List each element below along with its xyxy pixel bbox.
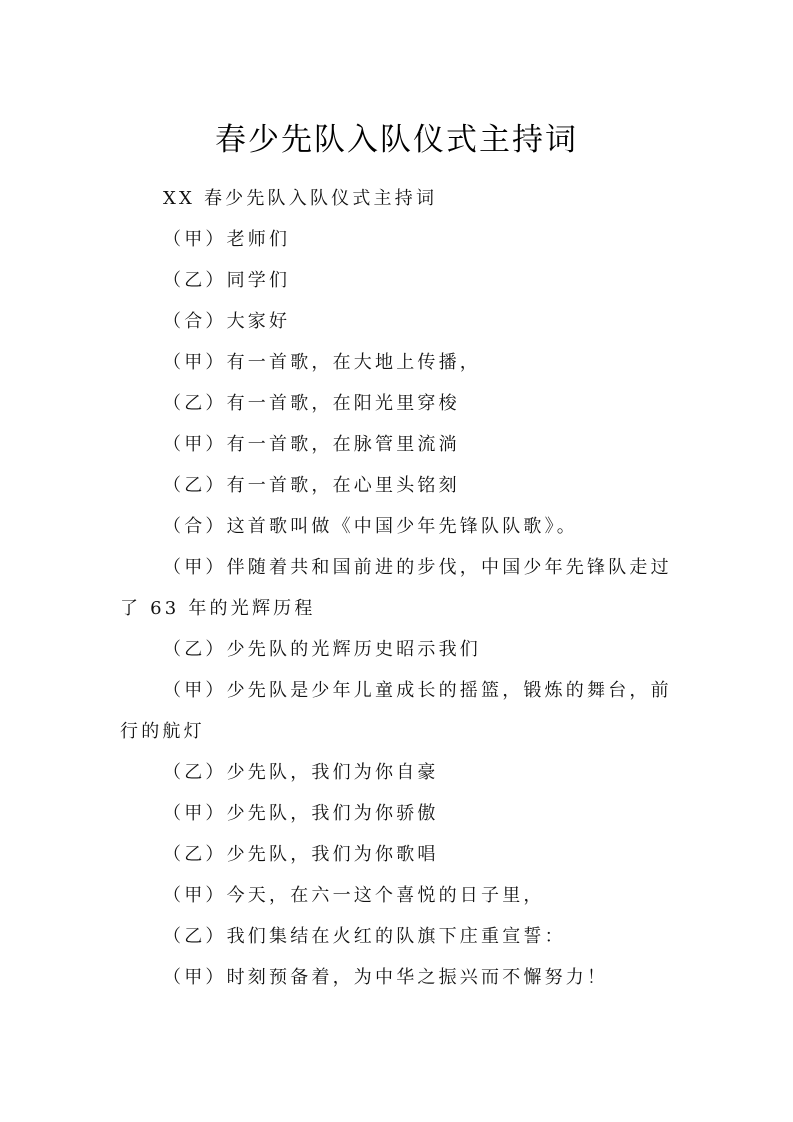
paragraph: （合）这首歌叫做《中国少年先锋队队歌》。 [120, 506, 680, 547]
paragraph: （甲）少先队是少年儿童成长的摇篮，锻炼的舞台，前行的航灯 [120, 670, 680, 752]
paragraph-text: （甲）少先队，我们为你骄傲 [163, 803, 439, 824]
paragraph: （甲）时刻预备着，为中华之振兴而不懈努力！ [120, 957, 680, 998]
paragraph-text: XX 春少先队入队仪式主持词 [163, 188, 437, 209]
paragraph: （合）大家好 [120, 301, 680, 342]
paragraph-text: （乙）我们集结在火红的队旗下庄重宣誓： [163, 926, 566, 947]
paragraph-text: （乙）少先队，我们为你歌唱 [163, 844, 439, 865]
paragraph-text: （合）大家好 [163, 311, 290, 332]
paragraph: （乙）少先队的光辉历史昭示我们 [120, 629, 680, 670]
paragraph: （乙）少先队，我们为你歌唱 [120, 834, 680, 875]
paragraph-text: （甲）有一首歌，在大地上传播， [163, 352, 481, 373]
paragraph: （乙）同学们 [120, 260, 680, 301]
paragraph: （乙）有一首歌，在心里头铭刻 [120, 465, 680, 506]
paragraph-text: （甲）时刻预备着，为中华之振兴而不懈努力！ [163, 967, 608, 988]
paragraph: （甲）少先队，我们为你骄傲 [120, 793, 680, 834]
paragraph-text: （乙）少先队的光辉历史昭示我们 [163, 639, 481, 660]
document-page: 春少先队入队仪式主持词 XX 春少先队入队仪式主持词 （甲）老师们 （乙）同学们… [0, 0, 793, 1122]
paragraph-text-continued: 行的航灯 [120, 711, 680, 752]
paragraph-heading: XX 春少先队入队仪式主持词 [120, 178, 680, 219]
document-title: 春少先队入队仪式主持词 [0, 118, 793, 162]
paragraph: （乙）有一首歌，在阳光里穿梭 [120, 383, 680, 424]
paragraph-text: （甲）老师们 [163, 229, 290, 250]
paragraph-text: （甲）少先队是少年儿童成长的摇篮，锻炼的舞台，前 [163, 680, 672, 701]
paragraph: （甲）有一首歌，在大地上传播， [120, 342, 680, 383]
paragraph-text-continued: 了 63 年的光辉历程 [120, 588, 680, 629]
paragraph-text: （甲）伴随着共和国前进的步伐，中国少年先锋队走过 [163, 557, 672, 578]
paragraph-text: （乙）有一首歌，在心里头铭刻 [163, 475, 460, 496]
paragraph: （乙）少先队，我们为你自豪 [120, 752, 680, 793]
paragraph: （乙）我们集结在火红的队旗下庄重宣誓： [120, 916, 680, 957]
paragraph-text: （乙）少先队，我们为你自豪 [163, 762, 439, 783]
paragraph: （甲）今天，在六一这个喜悦的日子里， [120, 875, 680, 916]
paragraph-text: （乙）同学们 [163, 270, 290, 291]
paragraph-text: （合）这首歌叫做《中国少年先锋队队歌》。 [163, 516, 578, 537]
paragraph: （甲）有一首歌，在脉管里流淌 [120, 424, 680, 465]
document-body: XX 春少先队入队仪式主持词 （甲）老师们 （乙）同学们 （合）大家好 （甲）有… [120, 178, 680, 998]
paragraph-text: （乙）有一首歌，在阳光里穿梭 [163, 393, 460, 414]
paragraph: （甲）伴随着共和国前进的步伐，中国少年先锋队走过了 63 年的光辉历程 [120, 547, 680, 629]
paragraph-text: （甲）今天，在六一这个喜悦的日子里， [163, 885, 545, 906]
paragraph-text: （甲）有一首歌，在脉管里流淌 [163, 434, 460, 455]
paragraph: （甲）老师们 [120, 219, 680, 260]
